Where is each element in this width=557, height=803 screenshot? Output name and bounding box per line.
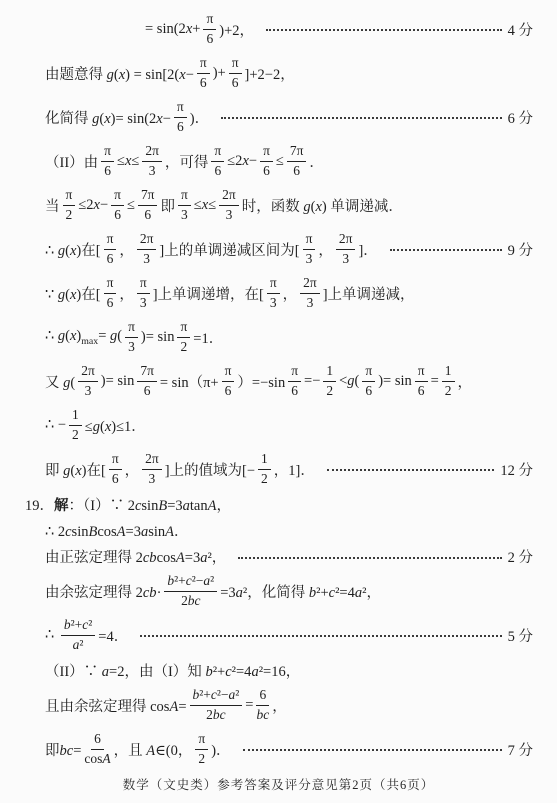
- fraction-numerator: b²+c²: [61, 617, 95, 635]
- fraction-denominator: 6: [214, 162, 221, 179]
- fraction-denominator: 6: [177, 118, 184, 135]
- text-run: )+2，: [219, 19, 254, 40]
- fraction: π6: [174, 99, 187, 134]
- formula-line: ∵ g(x)在[π6，π3]上单调递增，在[π3，2π3]上单调递减，: [0, 274, 533, 312]
- formula-line: 即 g(x)在[π6，2π3]上的值域为[−12，1]．12 分: [0, 450, 533, 488]
- fraction-denominator: 3: [85, 382, 92, 399]
- fraction-denominator: 3: [342, 250, 349, 267]
- text-run: ，且 A∈(0，: [114, 739, 193, 760]
- formula-line: ∴ b²+c²a²=4．5 分: [0, 616, 533, 654]
- fraction-numerator: π: [267, 275, 280, 293]
- text-run: ≤g(x)≤1．: [85, 415, 146, 436]
- text-run: ]．: [358, 239, 377, 260]
- fraction: 12: [258, 451, 271, 486]
- fraction: π6: [211, 143, 224, 178]
- fraction: b²+c²−a²2bc: [190, 687, 243, 722]
- text-run: 即: [160, 195, 175, 216]
- fraction-numerator: 6: [91, 731, 104, 749]
- fraction: π2: [195, 731, 208, 766]
- fraction-numerator: 1: [323, 363, 336, 381]
- text-run: ，可得: [165, 151, 209, 172]
- text-run: =3a²，化简得 b²+c²=4a²，: [220, 581, 381, 602]
- formula-line: ∴ g(x)max= g(π3)= sinπ2=1．: [0, 318, 533, 356]
- text-run: ，: [119, 283, 134, 304]
- fraction: 6bc: [256, 687, 269, 722]
- fraction-denominator: 3: [270, 294, 277, 311]
- fraction-denominator: 2: [72, 426, 79, 443]
- fraction: π6: [362, 363, 375, 398]
- text-run: 6 分: [508, 107, 533, 128]
- text-run: 19．解：（I）∵ 2csinB=3atanA，: [25, 494, 231, 515]
- fraction: π2: [63, 187, 76, 222]
- fraction: π3: [303, 231, 316, 266]
- page-footer: 数学（文史类）参考答案及评分意见第2页（共6页）: [0, 775, 557, 793]
- fraction-denominator: 6: [144, 206, 151, 223]
- answer-sheet-page: = sin(2x+π6)+2，4 分由题意得 g(x) = sin[2(x−π6…: [0, 0, 557, 803]
- text-run: 又 g(: [45, 371, 75, 392]
- text-run: （II）由: [45, 151, 98, 172]
- fraction-numerator: 2π: [78, 363, 98, 381]
- text-run: =−: [304, 373, 320, 390]
- text-run: )= sin: [378, 373, 412, 390]
- dotted-leader: [327, 469, 495, 471]
- fraction-numerator: 2π: [219, 187, 239, 205]
- fraction-numerator: π: [288, 363, 301, 381]
- fraction-numerator: π: [177, 319, 190, 337]
- fraction: π3: [125, 319, 138, 354]
- fraction: π6: [229, 55, 242, 90]
- text-run: =4．: [98, 625, 128, 646]
- text-run: ，: [119, 239, 134, 260]
- text-run: ）=−sin: [237, 371, 285, 392]
- fraction-numerator: π: [174, 99, 187, 117]
- text-run: 由题意得 g(x) = sin[2(x−: [45, 63, 194, 84]
- formula-line: 当π2≤2x−π6≤7π6即π3≤x≤2π3时，函数 g(x) 单调递减．: [0, 186, 533, 224]
- fraction: π3: [178, 187, 191, 222]
- text-run: ．: [309, 151, 324, 172]
- text-run: ≤: [276, 153, 284, 170]
- fraction-numerator: π: [109, 451, 122, 469]
- formula-line: ∴ −12≤g(x)≤1．: [0, 406, 533, 444]
- fraction-numerator: π: [137, 275, 150, 293]
- text-run: ，: [283, 283, 298, 304]
- fraction-denominator: 2: [261, 470, 268, 487]
- fraction: 12: [69, 407, 82, 442]
- formula-line: 19．解：（I）∵ 2csinB=3atanA，: [0, 494, 533, 515]
- text-run: ∴ −: [45, 417, 66, 434]
- fraction-denominator: 6: [225, 382, 232, 399]
- fraction-numerator: π: [101, 143, 114, 161]
- fraction-numerator: 2π: [142, 451, 162, 469]
- text-run: 9 分: [508, 239, 533, 260]
- fraction-denominator: 2: [181, 338, 188, 355]
- fraction-denominator: 3: [226, 206, 233, 223]
- text-run: )．: [190, 107, 209, 128]
- text-run: 5 分: [508, 625, 533, 646]
- text-run: =: [245, 697, 253, 714]
- fraction-numerator: 7π: [137, 363, 157, 381]
- fraction-denominator: 6: [291, 382, 298, 399]
- fraction-numerator: 2π: [336, 231, 356, 249]
- text-run: ∵ g(x)在[: [45, 283, 101, 304]
- fraction: π6: [222, 363, 235, 398]
- dotted-leader: [140, 635, 501, 637]
- fraction: 2π3: [78, 363, 98, 398]
- dotted-leader: [221, 117, 502, 119]
- fraction-denominator: cosA: [84, 750, 110, 767]
- fraction-denominator: 2: [326, 382, 333, 399]
- text-run: ]上单调递减，: [323, 283, 415, 304]
- fraction: π3: [137, 275, 150, 310]
- fraction: π6: [288, 363, 301, 398]
- text-run: ∴ g(x)max= g(: [45, 328, 122, 347]
- fraction-denominator: 6: [232, 74, 239, 91]
- fraction: 12: [442, 363, 455, 398]
- formula-line: 化简得 g(x)= sin(2x−π6)．6 分: [0, 98, 533, 136]
- fraction: 2π3: [300, 275, 320, 310]
- dotted-leader: [390, 249, 502, 251]
- formula-line: 且由余弦定理得 cosA=b²+c²−a²2bc=6bc，: [0, 686, 533, 724]
- text-run: 2 分: [508, 546, 533, 567]
- dotted-leader: [266, 29, 502, 31]
- fraction-numerator: b²+c²−a²: [190, 687, 243, 705]
- text-run: <g(: [339, 373, 359, 390]
- text-run: )+: [213, 65, 226, 82]
- fraction-numerator: π: [104, 275, 117, 293]
- fraction-numerator: π: [362, 363, 375, 381]
- fraction-numerator: 1: [442, 363, 455, 381]
- text-run: 由正弦定理得 2cbcosA=3a²，: [45, 546, 226, 567]
- fraction: π6: [260, 143, 273, 178]
- fraction-denominator: 3: [140, 294, 147, 311]
- solution-lines: = sin(2x+π6)+2，4 分由题意得 g(x) = sin[2(x−π6…: [0, 0, 557, 768]
- fraction: 7π6: [137, 363, 157, 398]
- fraction-numerator: 2π: [300, 275, 320, 293]
- text-run: ]上的值域为[−: [165, 459, 255, 480]
- fraction-denominator: 6: [144, 382, 151, 399]
- text-run: 7 分: [508, 739, 533, 760]
- fraction: 2π3: [219, 187, 239, 222]
- text-run: 化简得 g(x)= sin(2x−: [45, 107, 171, 128]
- fraction-numerator: 7π: [287, 143, 307, 161]
- fraction: 7π6: [138, 187, 158, 222]
- fraction: π6: [104, 231, 117, 266]
- text-run: 4 分: [508, 19, 533, 40]
- fraction-denominator: 6: [114, 206, 121, 223]
- fraction-denominator: 3: [306, 250, 313, 267]
- fraction-numerator: 6: [256, 687, 269, 705]
- fraction-numerator: π: [197, 55, 210, 73]
- fraction-denominator: 3: [143, 250, 150, 267]
- fraction-denominator: 6: [365, 382, 372, 399]
- fraction-numerator: π: [211, 143, 224, 161]
- text-run: ≤x≤: [194, 197, 216, 214]
- text-run: ，: [272, 695, 287, 716]
- fraction-denominator: 6: [293, 162, 300, 179]
- dotted-leader: [243, 749, 502, 751]
- formula-line: ∴ g(x)在[π6，2π3]上的单调递减区间为[π3，2π3]．9 分: [0, 230, 533, 268]
- fraction-numerator: π: [104, 231, 117, 249]
- fraction-numerator: 2π: [137, 231, 157, 249]
- formula-line: 由题意得 g(x) = sin[2(x−π6)+π6]+2−2，: [0, 54, 533, 92]
- text-run: ∴ 2csinBcosA=3asinA．: [45, 520, 189, 541]
- fraction-numerator: 2π: [142, 143, 162, 161]
- fraction-denominator: 2bc: [181, 592, 200, 609]
- fraction-denominator: 2: [66, 206, 73, 223]
- fraction: π6: [197, 55, 210, 90]
- fraction-numerator: 1: [258, 451, 271, 469]
- text-run: ≤2x−: [78, 197, 108, 214]
- text-run: )= sin: [101, 373, 135, 390]
- fraction: b²+c²−a²2bc: [164, 573, 217, 608]
- fraction: π6: [203, 11, 216, 46]
- text-run: =: [431, 373, 439, 390]
- fraction-numerator: π: [303, 231, 316, 249]
- dotted-leader: [238, 557, 501, 559]
- fraction: 2π3: [137, 231, 157, 266]
- fraction: 2π3: [336, 231, 356, 266]
- text-run: = sin(2x+: [145, 21, 200, 38]
- fraction-numerator: 7π: [138, 187, 158, 205]
- text-run: 即 g(x)在[: [45, 459, 106, 480]
- fraction-denominator: 3: [307, 294, 314, 311]
- fraction-numerator: 1: [69, 407, 82, 425]
- fraction: 6cosA: [84, 731, 110, 766]
- text-run: 当: [45, 195, 60, 216]
- fraction: b²+c²a²: [61, 617, 95, 652]
- formula-line: 又 g(2π3)= sin7π6= sin（π+π6）=−sinπ6=−12<g…: [0, 362, 533, 400]
- fraction-denominator: 2: [198, 750, 205, 767]
- text-run: )．: [211, 739, 230, 760]
- fraction-denominator: 3: [128, 338, 135, 355]
- text-run: ]上单调递增，在[: [153, 283, 264, 304]
- fraction-numerator: π: [260, 143, 273, 161]
- fraction-denominator: 3: [181, 206, 188, 223]
- fraction-denominator: 6: [104, 162, 111, 179]
- fraction-denominator: 3: [149, 162, 156, 179]
- formula-line: （II）由π6≤x≤2π3，可得π6≤2x−π6≤7π6．: [0, 142, 533, 180]
- fraction-numerator: π: [229, 55, 242, 73]
- fraction-denominator: 2: [445, 382, 452, 399]
- fraction: 2π3: [142, 451, 162, 486]
- fraction-denominator: a²: [73, 636, 84, 653]
- text-run: ，: [318, 239, 333, 260]
- fraction-denominator: 6: [107, 250, 114, 267]
- text-run: 由余弦定理得 2cb·: [45, 581, 161, 602]
- fraction-denominator: 2bc: [206, 706, 225, 723]
- fraction-denominator: 6: [200, 74, 207, 91]
- text-run: ≤2x−: [227, 153, 257, 170]
- fraction-numerator: π: [111, 187, 124, 205]
- formula-line: ∴ 2csinBcosA=3asinA．: [0, 520, 533, 541]
- text-run: 且由余弦定理得 cosA=: [45, 695, 187, 716]
- fraction-denominator: 6: [112, 470, 119, 487]
- formula-line: 由余弦定理得 2cb·b²+c²−a²2bc=3a²，化简得 b²+c²=4a²…: [0, 572, 533, 610]
- text-run: = sin（π+: [160, 371, 219, 392]
- fraction-numerator: π: [63, 187, 76, 205]
- fraction: π6: [109, 451, 122, 486]
- fraction-denominator: 6: [418, 382, 425, 399]
- text-run: 时，函数 g(x) 单调递减．: [242, 195, 403, 216]
- fraction-denominator: 6: [206, 30, 213, 47]
- fraction: π2: [177, 319, 190, 354]
- fraction-numerator: π: [178, 187, 191, 205]
- text-run: 即bc=: [45, 739, 81, 760]
- fraction-numerator: π: [415, 363, 428, 381]
- text-run: ，: [125, 459, 140, 480]
- fraction: 7π6: [287, 143, 307, 178]
- fraction: 2π3: [142, 143, 162, 178]
- fraction: π6: [111, 187, 124, 222]
- fraction-numerator: π: [125, 319, 138, 337]
- text-run: ≤: [127, 197, 135, 214]
- text-run: ]上的单调递减区间为[: [159, 239, 299, 260]
- fraction: 12: [323, 363, 336, 398]
- formula-line: 即bc=6cosA，且 A∈(0，π2)．7 分: [0, 730, 533, 768]
- fraction-numerator: π: [222, 363, 235, 381]
- fraction-denominator: 6: [107, 294, 114, 311]
- text-run: ≤x≤: [117, 153, 139, 170]
- fraction-numerator: π: [203, 11, 216, 29]
- fraction-denominator: bc: [256, 706, 269, 723]
- formula-line: = sin(2x+π6)+2，4 分: [0, 10, 533, 48]
- text-run: ]+2−2，: [245, 63, 295, 84]
- fraction-denominator: 3: [149, 470, 156, 487]
- formula-line: （II）∵ a=2，由（I）知 b²+c²=4a²=16，: [0, 660, 533, 681]
- formula-line: 由正弦定理得 2cbcosA=3a²，2 分: [0, 546, 533, 567]
- text-run: ，: [458, 371, 473, 392]
- text-run: )= sin: [141, 329, 175, 346]
- text-run: ∴: [45, 627, 58, 644]
- text-run: =1．: [193, 327, 223, 348]
- fraction: π6: [415, 363, 428, 398]
- text-run: ∴ g(x)在[: [45, 239, 101, 260]
- fraction: π6: [104, 275, 117, 310]
- fraction: π3: [267, 275, 280, 310]
- fraction-denominator: 6: [263, 162, 270, 179]
- fraction-numerator: π: [195, 731, 208, 749]
- text-run: （II）∵ a=2，由（I）知 b²+c²=4a²=16，: [45, 660, 300, 681]
- fraction-numerator: b²+c²−a²: [164, 573, 217, 591]
- fraction: π6: [101, 143, 114, 178]
- text-run: 12 分: [500, 459, 533, 480]
- text-run: ，1]．: [274, 459, 315, 480]
